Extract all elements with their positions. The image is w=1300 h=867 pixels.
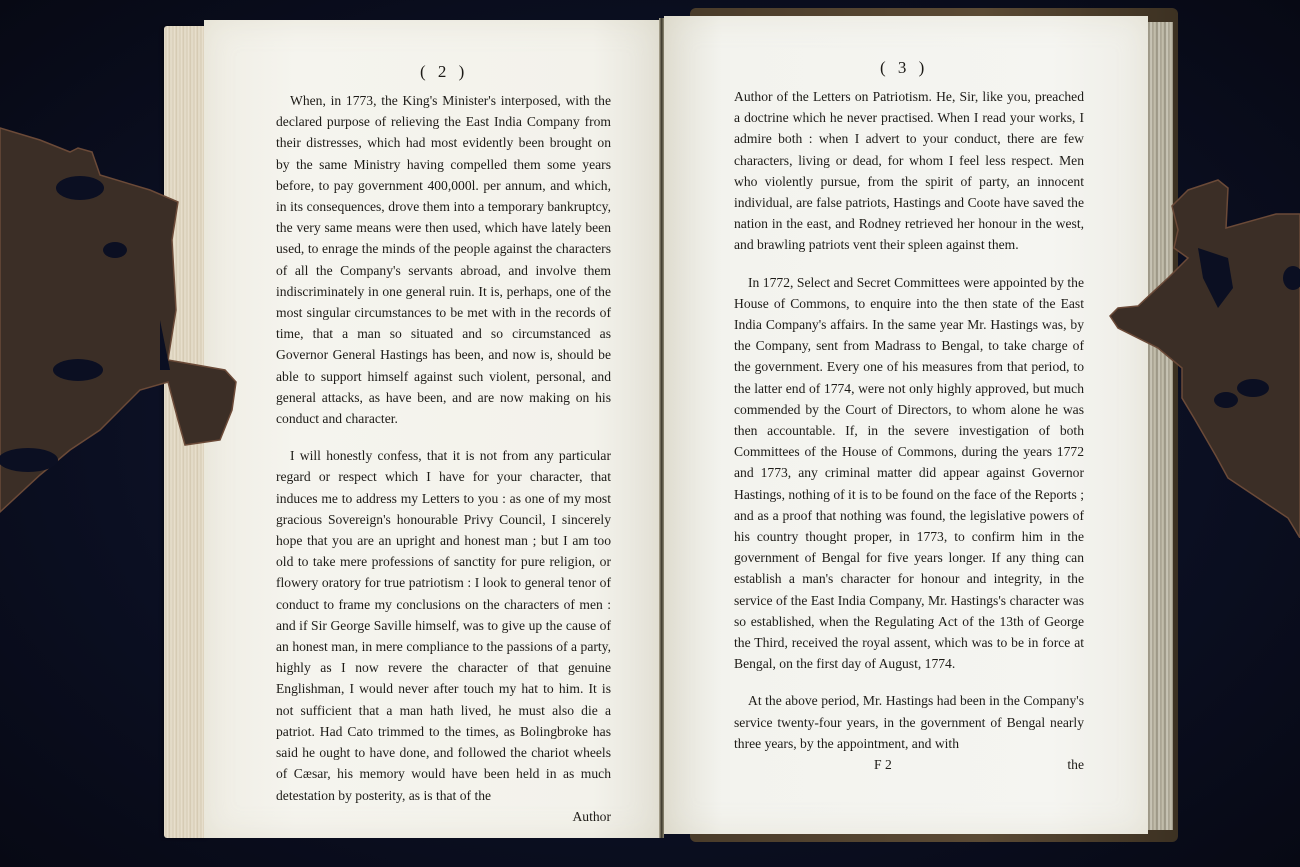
- page-number-left: ( 2 ): [420, 62, 468, 82]
- book-gutter: [659, 18, 664, 838]
- paragraph: I will honestly confess, that it is not …: [276, 445, 611, 805]
- page-footer: F 2 the: [734, 754, 1084, 775]
- left-page-text: When, in 1773, the King's Minister's int…: [276, 90, 611, 827]
- catchword: Author: [276, 806, 611, 827]
- paragraph: When, in 1773, the King's Minister's int…: [276, 90, 611, 429]
- right-page-weight-icon: [1108, 178, 1300, 538]
- page-number-right: ( 3 ): [880, 58, 928, 78]
- right-page-text: Author of the Letters on Patriotism. He,…: [734, 86, 1084, 775]
- left-page-weight-icon: [0, 120, 245, 520]
- catchword: the: [1067, 754, 1084, 775]
- paragraph: Author of the Letters on Patriotism. He,…: [734, 86, 1084, 256]
- book-photo-scene: ( 2 ) ( 3 ) When, in 1773, the King's Mi…: [0, 0, 1300, 867]
- paragraph: In 1772, Select and Secret Committees we…: [734, 272, 1084, 675]
- signature-mark: F 2: [874, 754, 892, 775]
- paragraph: At the above period, Mr. Hastings had be…: [734, 690, 1084, 754]
